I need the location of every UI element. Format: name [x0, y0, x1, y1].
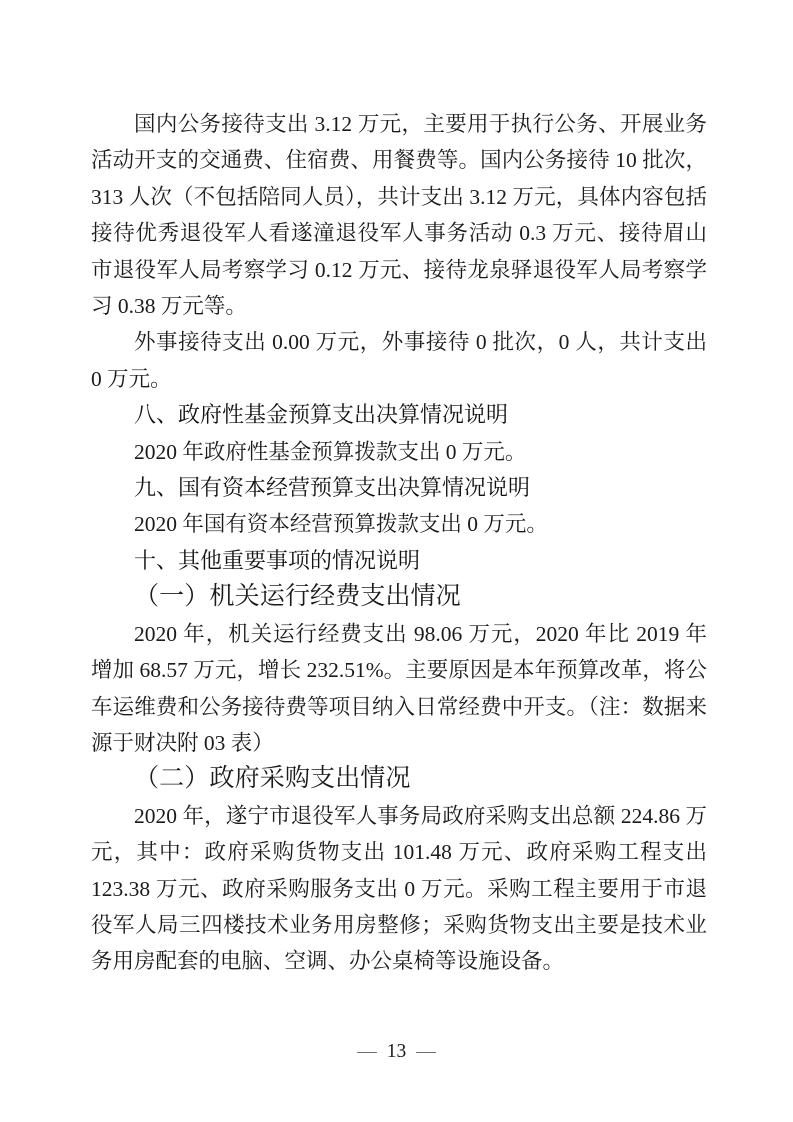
heading-section-eight-govt-fund-budget: 八、政府性基金预算支出决算情况说明	[91, 397, 707, 433]
document-page: 国内公务接待支出 3.12 万元，主要用于执行公务、开展业务活动开支的交通费、住…	[0, 0, 793, 1122]
paragraph-govt-fund-budget: 2020 年政府性基金预算拨款支出 0 万元。	[91, 434, 707, 470]
paragraph-state-capital-budget: 2020 年国有资本经营预算拨款支出 0 万元。	[91, 506, 707, 542]
page-number-dash-right: —	[406, 1041, 446, 1062]
subheading-government-procurement: （二）政府采购支出情况	[91, 761, 707, 797]
heading-section-nine-state-capital-budget: 九、国有资本经营预算支出决算情况说明	[91, 470, 707, 506]
paragraph-domestic-reception: 国内公务接待支出 3.12 万元，主要用于执行公务、开展业务活动开支的交通费、住…	[91, 106, 707, 324]
page-number-dash-left: —	[347, 1041, 387, 1062]
paragraph-agency-operating-expense: 2020 年，机关运行经费支出 98.06 万元，2020 年比 2019 年增…	[91, 616, 707, 762]
subheading-agency-operating-expense: （一）机关运行经费支出情况	[91, 579, 707, 615]
document-body: 国内公务接待支出 3.12 万元，主要用于执行公务、开展业务活动开支的交通费、住…	[91, 106, 707, 980]
page-number: 13	[387, 1041, 407, 1062]
paragraph-foreign-reception: 外事接待支出 0.00 万元，外事接待 0 批次，0 人，共计支出 0 万元。	[91, 324, 707, 397]
page-footer: —13—	[0, 1038, 793, 1066]
paragraph-government-procurement: 2020 年，遂宁市退役军人事务局政府采购支出总额 224.86 万元，其中：政…	[91, 798, 707, 980]
heading-section-ten-other-important-matters: 十、其他重要事项的情况说明	[91, 543, 707, 579]
